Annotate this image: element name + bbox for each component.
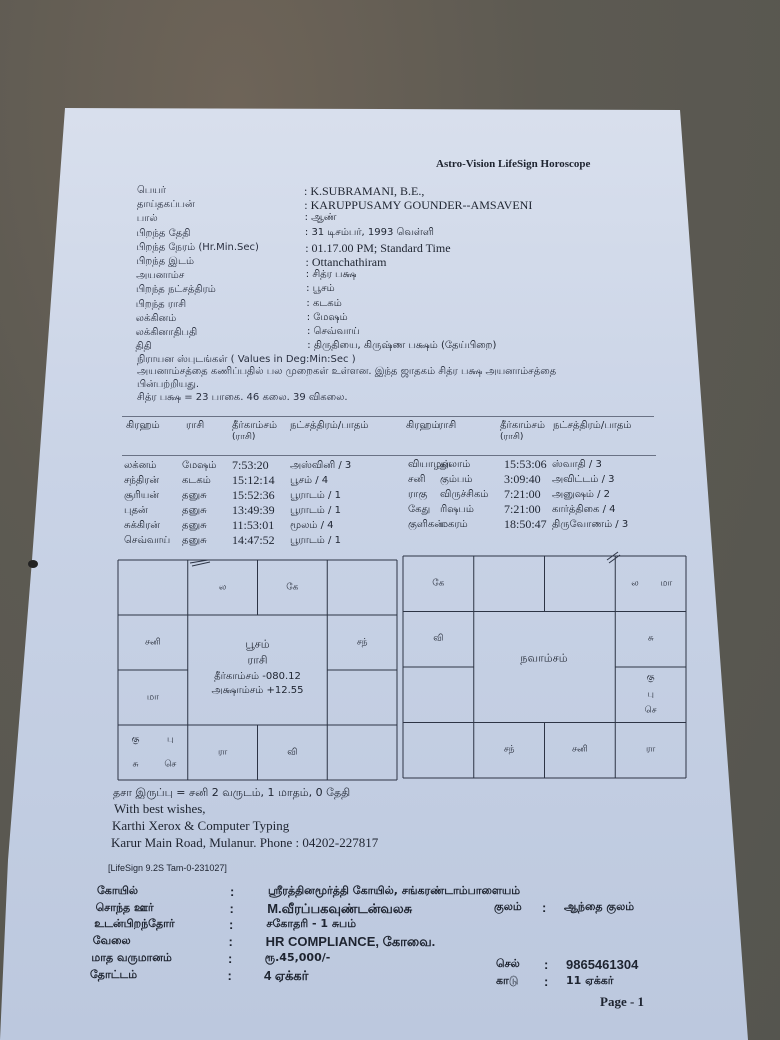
navamsa-center-label: நவாம்சம் — [520, 652, 567, 667]
chart-planet: சந் — [357, 637, 368, 648]
chart-planet: ரா — [646, 745, 655, 756]
side-colon: : — [544, 974, 548, 989]
chart-planet: கு — [131, 735, 139, 746]
chart-planet: மா — [147, 692, 159, 703]
extra-colon: : — [229, 934, 233, 949]
extra-label: தோட்டம் — [90, 968, 137, 983]
shop-name: Karthi Xerox & Computer Typing — [112, 818, 289, 834]
side-label: செல் — [496, 957, 520, 972]
longitude-label: தீர்காம்சம் -080.12 — [214, 671, 301, 683]
extra-label: கோயில் — [97, 884, 138, 899]
chart-planet: கே — [286, 582, 298, 593]
latitude-label: அக்ஷாம்சம் +12.55 — [211, 685, 303, 697]
side-value: 11 ஏக்கர் — [566, 974, 614, 989]
chart-planet: பு — [647, 689, 654, 700]
chart-planet: வி — [287, 747, 297, 758]
side-colon: : — [542, 900, 546, 915]
extra-value: சகோதரி - 1 சுபம் — [266, 917, 356, 932]
chart-planet: ரா — [218, 747, 227, 758]
chart-planet: சு — [133, 759, 139, 770]
chart-planet: கே — [432, 578, 444, 589]
chart-planet: வி — [433, 634, 443, 645]
software-version: [LifeSign 9.2S Tam-0-231027] — [108, 863, 227, 873]
extra-label: மாத வருமானம் — [91, 951, 171, 966]
side-value: ஆந்தை குலம் — [564, 900, 634, 915]
chart-planet: சனி — [145, 637, 161, 648]
extra-value: ஸ்ரீரத்தினமூர்த்தி கோயில், சங்கரண்டாம்பா… — [268, 884, 520, 899]
chart-planet: சனி — [572, 745, 588, 756]
extra-label: சொந்த ஊர் — [96, 901, 154, 916]
extra-colon: : — [230, 884, 234, 899]
extra-value: ரூ.45,000/- — [265, 951, 331, 966]
side-label: காடு — [496, 974, 519, 989]
wishes-text: With best wishes, — [114, 801, 206, 817]
extra-colon: : — [228, 951, 232, 966]
extra-label: வேலை — [93, 934, 131, 949]
extra-label: உடன்பிறந்தோர் — [94, 917, 174, 932]
extra-value: HR COMPLIANCE, கோவை. — [266, 934, 436, 951]
chart-planet: சந் — [504, 745, 515, 756]
side-colon: : — [544, 957, 548, 972]
extra-value: 4 ஏக்கர் — [264, 968, 308, 985]
chart-planet: செ — [645, 706, 657, 717]
chart-planet: ல — [219, 582, 226, 593]
shop-address: Karur Main Road, Mulanur. Phone : 04202-… — [111, 835, 378, 851]
page-number: Page - 1 — [600, 994, 644, 1010]
side-label: குலம் — [494, 900, 522, 915]
side-value: 9865461304 — [566, 957, 638, 972]
chart-planet: பு — [167, 735, 174, 746]
chart-planet: செ — [164, 759, 176, 770]
chart-planet: கு — [647, 673, 655, 684]
extra-colon: : — [229, 917, 233, 932]
dasa-balance: தசா இருப்பு = சனி 2 வருடம், 1 மாதம், 0 த… — [113, 786, 350, 801]
chart-planet: சு — [648, 634, 654, 645]
chart-planet: ல — [631, 578, 638, 589]
extra-value: M.வீரப்பகவுண்டன்வலசு — [267, 901, 412, 918]
rasi-center-star: பூசம் — [245, 638, 269, 653]
extra-colon: : — [228, 968, 232, 983]
chart-planet: மா — [660, 578, 672, 589]
rasi-center-label: ராசி — [247, 654, 267, 669]
extra-colon: : — [230, 901, 234, 916]
